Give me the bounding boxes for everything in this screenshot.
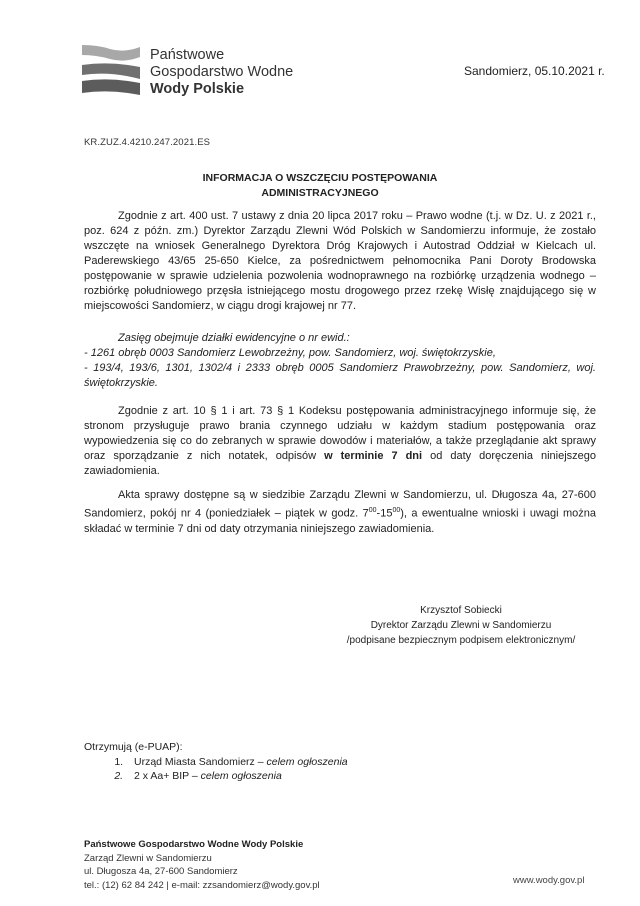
recipient-name: 2 x Aa+ BIP – [134,770,201,782]
files-text-mid: -15 [377,508,393,520]
paragraph-intro: Zgodnie z art. 400 ust. 7 ustawy z dnia … [84,209,596,314]
document-title: INFORMACJA O WSZCZĘCIU POSTĘPOWANIA ADMI… [0,171,640,201]
recipient-item: 2 x Aa+ BIP – celem ogłoszenia [126,769,348,784]
scope-intro: Zasięg obejmuje działki ewidencyjne o nr… [84,331,596,346]
paragraph-rights: Zgodnie z art. 10 § 1 i art. 73 § 1 Kode… [84,404,596,479]
signature-block: Krzysztof Sobiecki Dyrektor Zarządu Zlew… [330,603,592,648]
website-link[interactable]: www.wody.gov.pl [513,875,584,886]
paragraph-intro-text: Zgodnie z art. 400 ust. 7 ustawy z dnia … [84,210,596,312]
logo-text: Państwowe Gospodarstwo Wodne Wody Polski… [150,47,293,98]
recipient-name: Urząd Miasta Sandomierz – [134,756,266,768]
logo-line-3: Wody Polskie [150,81,293,98]
recipients: Otrzymują (e-PUAP): Urząd Miasta Sandomi… [84,740,348,784]
signer-position: Dyrektor Zarządu Zlewni w Sandomierzu [330,618,592,633]
recipient-item: Urząd Miasta Sandomierz – celem ogłoszen… [126,755,348,770]
scope-item: - 1261 obręb 0003 Sandomierz Lewobrzeżny… [84,346,596,361]
signer-name: Krzysztof Sobiecki [330,603,592,618]
logo-line-1: Państwowe [150,47,293,64]
footer-contact: tel.: (12) 62 84 242 | e-mail: zzsandomi… [84,879,320,893]
wave-stripes-logo-icon [80,43,142,97]
title-line-1: INFORMACJA O WSZCZĘCIU POSTĘPOWANIA [0,171,640,186]
footer-unit: Zarząd Zlewni w Sandomierzu [84,852,320,866]
scope-item: - 193/4, 193/6, 1301, 1302/4 i 2333 obrę… [84,361,596,391]
reference-number: KR.ZUZ.4.4210.247.2021.ES [84,137,210,148]
title-line-2: ADMINISTRACYJNEGO [0,186,640,201]
place-date: Sandomierz, 05.10.2021 r. [464,64,605,78]
signature-note: /podpisane bezpiecznym podpisem elektron… [330,633,592,648]
logo-line-2: Gospodarstwo Wodne [150,64,293,81]
recipient-purpose: celem ogłoszenia [201,770,282,782]
footer: Państwowe Gospodarstwo Wodne Wody Polski… [84,838,320,892]
footer-address: ul. Długosza 4a, 27-600 Sandomierz [84,865,320,879]
recipient-purpose: celem ogłoszenia [266,756,347,768]
paragraph-files: Akta sprawy dostępne są w siedzibie Zarz… [84,488,596,537]
parcel-scope: Zasięg obejmuje działki ewidencyjne o nr… [84,331,596,391]
recipients-heading: Otrzymują (e-PUAP): [84,740,348,755]
footer-org: Państwowe Gospodarstwo Wodne Wody Polski… [84,838,320,852]
deadline-bold: w terminie 7 dni [324,450,422,462]
hour-sup: 00 [369,507,377,514]
